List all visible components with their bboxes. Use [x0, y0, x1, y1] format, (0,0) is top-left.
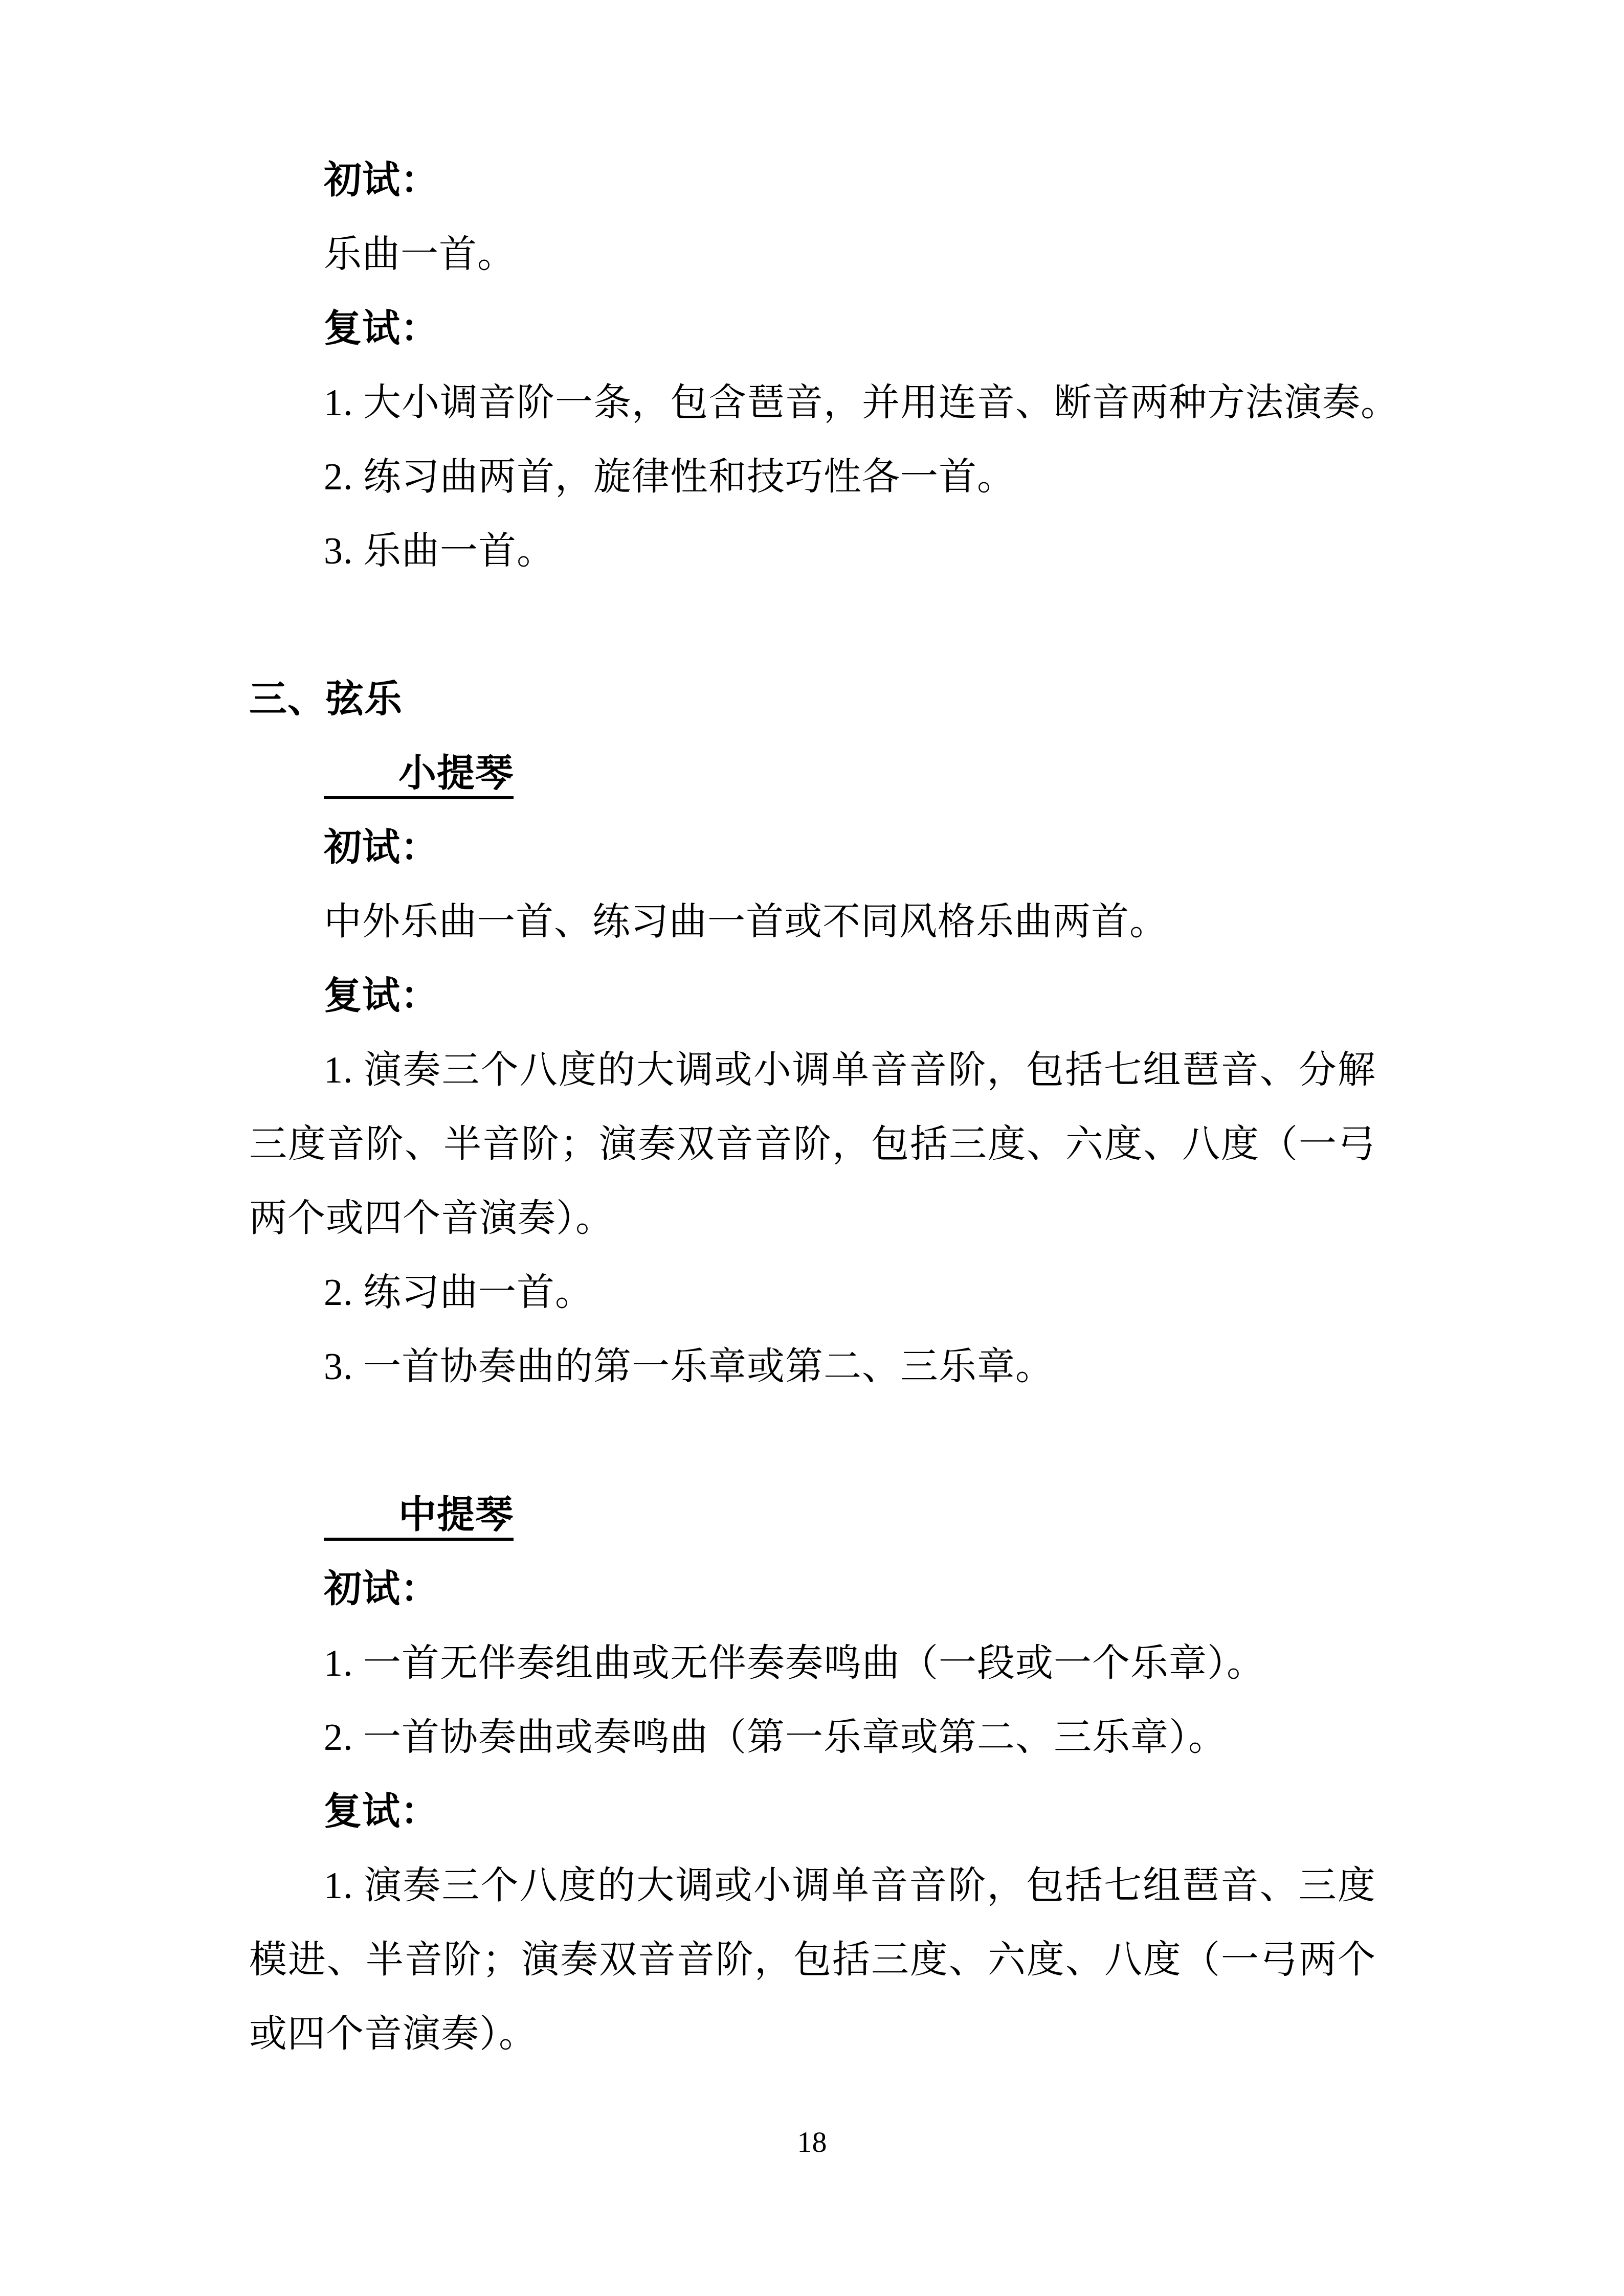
requirement-line: 1. 大小调音阶一条，包含琶音，并用连音、断音两种方法演奏。 [249, 366, 1376, 440]
exam-round-label: 复试： [249, 959, 1376, 1033]
requirement-line: 乐曲一首。 [249, 218, 1376, 292]
underlined-text: 中提琴 [324, 1493, 514, 1541]
blank-line [249, 589, 1376, 663]
instrument-heading: 中提琴 [249, 1478, 1376, 1552]
exam-round-label: 复试： [249, 1775, 1376, 1849]
requirement-line: 1. 演奏三个八度的大调或小调单音音阶，包括七组琶音、三度 [249, 1849, 1376, 1923]
exam-round-label: 初试： [249, 144, 1376, 218]
requirement-line-continuation: 模进、半音阶；演奏双音音阶，包括三度、六度、八度（一弓两个 [249, 1923, 1376, 1997]
requirement-line: 2. 一首协奏曲或奏鸣曲（第一乐章或第二、三乐章）。 [249, 1701, 1376, 1775]
exam-round-label: 初试： [249, 811, 1376, 885]
underlined-text: 小提琴 [324, 752, 514, 799]
requirement-line-continuation: 两个或四个音演奏）。 [249, 1182, 1376, 1256]
requirement-line: 2. 练习曲一首。 [249, 1256, 1376, 1330]
blank-line [249, 1404, 1376, 1478]
requirement-line: 3. 乐曲一首。 [249, 514, 1376, 589]
requirement-line: 1. 演奏三个八度的大调或小调单音音阶，包括七组琶音、分解 [249, 1033, 1376, 1108]
document-content: 初试：乐曲一首。复试：1. 大小调音阶一条，包含琶音，并用连音、断音两种方法演奏… [249, 144, 1376, 2072]
requirement-line: 中外乐曲一首、练习曲一首或不同风格乐曲两首。 [249, 885, 1376, 959]
requirement-line: 2. 练习曲两首，旋律性和技巧性各一首。 [249, 440, 1376, 514]
section-heading: 三、弦乐 [249, 663, 1376, 737]
requirement-line: 1. 一首无伴奏组曲或无伴奏奏鸣曲（一段或一个乐章）。 [249, 1627, 1376, 1701]
requirement-line-continuation: 或四个音演奏）。 [249, 1997, 1376, 2072]
instrument-heading: 小提琴 [249, 737, 1376, 811]
requirement-line: 3. 一首协奏曲的第一乐章或第二、三乐章。 [249, 1330, 1376, 1404]
requirement-line-continuation: 三度音阶、半音阶；演奏双音音阶，包括三度、六度、八度（一弓 [249, 1108, 1376, 1182]
document-page: 初试：乐曲一首。复试：1. 大小调音阶一条，包含琶音，并用连音、断音两种方法演奏… [0, 0, 1624, 2296]
exam-round-label: 初试： [249, 1552, 1376, 1627]
exam-round-label: 复试： [249, 292, 1376, 366]
page-number: 18 [0, 2126, 1624, 2158]
